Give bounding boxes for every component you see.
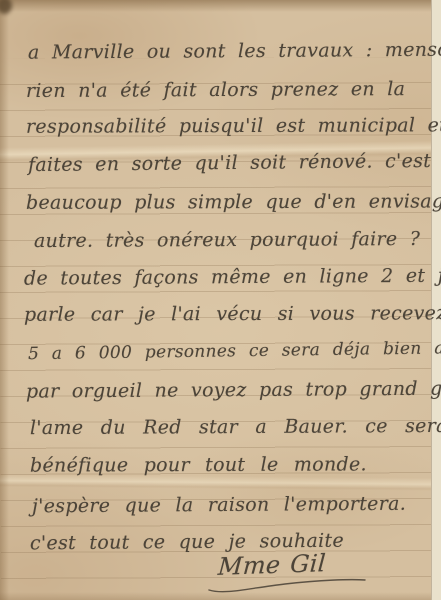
paper-edge-top — [0, 0, 441, 12]
handwriting-line-4: faites en sorte qu'il soit rénové. c'est — [28, 148, 431, 178]
handwriting-line-1: a Marville ou sont les travaux : mensong… — [28, 36, 441, 65]
paper-edge-bottom — [0, 592, 441, 600]
handwriting-line-6: autre. très onéreux pourquoi faire ? — [34, 226, 420, 254]
handwriting-line-3: responsabilité puisqu'il est municipal e… — [26, 112, 441, 139]
handwriting-line-10: par orgueil ne voyez pas trop grand gars… — [26, 375, 441, 404]
handwriting-line-7: de toutes façons même en ligne 2 et j'en — [24, 262, 441, 291]
handwriting-line-11: l'ame du Red star a Bauer. ce sera. — [30, 413, 441, 441]
handwriting-line-13: j'espère que la raison l'emportera. — [32, 491, 406, 520]
corner-stain — [0, 0, 12, 14]
handwriting-line-12: bénéfique pour tout le monde. — [30, 451, 367, 478]
handwriting-line-2: rien n'a été fait alors prenez en la — [26, 76, 405, 104]
letter-page: a Marville ou sont les travaux : mensong… — [0, 0, 441, 600]
paper-edge-left — [0, 0, 9, 600]
handwriting-line-5: beaucoup plus simple que d'en envisager … — [26, 188, 441, 216]
signature: Mme Gil — [217, 550, 327, 580]
handwriting-line-9: 5 a 6 000 personnes ce sera déja bien ai… — [28, 335, 441, 367]
handwriting-line-8: parle car je l'ai vécu si vous recevez — [24, 300, 441, 327]
